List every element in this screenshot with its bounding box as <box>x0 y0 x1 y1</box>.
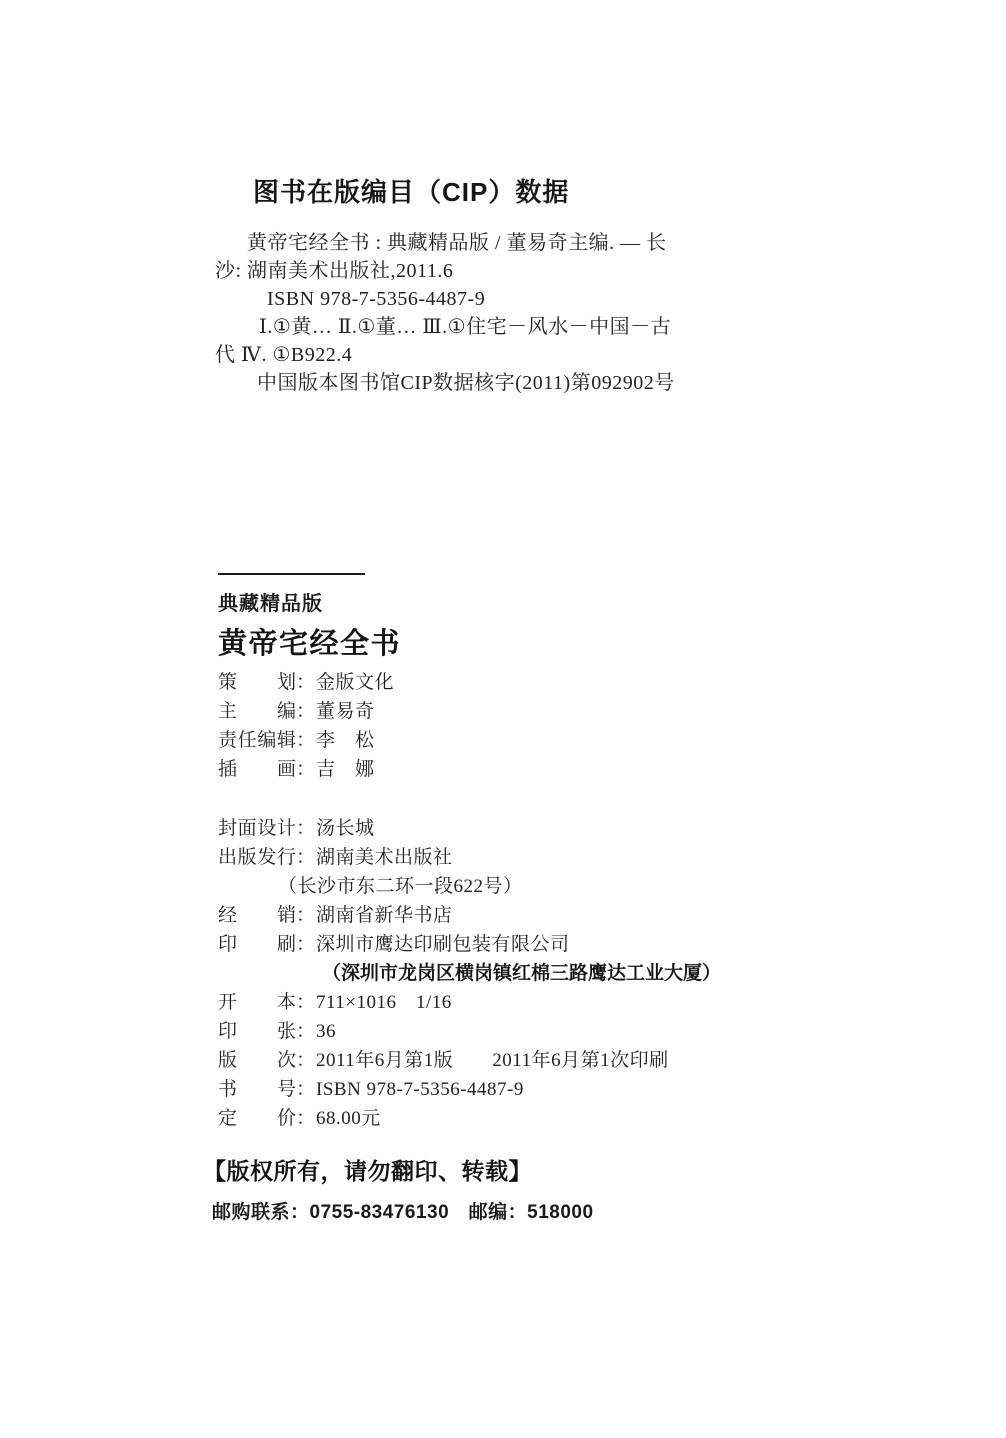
text-line: 黄帝宅经全书 : 典藏精品版 / 董易奇主编. — 长 <box>247 229 695 257</box>
row-label: 印刷 <box>218 930 296 959</box>
printer-address-note: （深圳市龙岗区横岗镇红棉三路鹰达工业大厦） <box>322 959 721 988</box>
row-label: 版次 <box>218 1046 296 1075</box>
book-title-block: 典藏精品版 黄帝宅经全书 <box>218 560 401 662</box>
row-label: 封面设计 <box>218 814 296 843</box>
row-colon: ： <box>296 930 316 959</box>
info-row: 经销：湖南省新华书店 <box>218 901 721 930</box>
row-colon: ： <box>296 901 316 930</box>
row-value: 金版文化 <box>316 672 394 693</box>
row-value: 吉 娜 <box>316 759 375 780</box>
row-colon: ： <box>296 988 316 1017</box>
row-value: ISBN 978-7-5356-4487-9 <box>316 1079 524 1100</box>
text-line: 代 Ⅳ. ①B922.4 <box>215 341 695 369</box>
info-row: 开本：711×1016 1/16 <box>218 988 721 1017</box>
row-label: 书号 <box>218 1075 296 1104</box>
info-row: 策划：金版文化 <box>218 668 394 697</box>
divider-rule <box>218 573 365 575</box>
row-label: 出版发行 <box>218 843 296 872</box>
row-label: 定价 <box>218 1104 296 1133</box>
row-value: 汤长城 <box>316 818 375 839</box>
text-line: （长沙市东二环一段622号） <box>278 872 721 901</box>
row-colon: ： <box>296 668 316 697</box>
row-colon: ： <box>296 755 316 784</box>
info-row: 插画：吉 娜 <box>218 755 394 784</box>
row-value: 2011年6月第1版 2011年6月第1次印刷 <box>316 1050 669 1071</box>
mail-order-contact: 邮购联系：0755-83476130 邮编：518000 <box>212 1197 594 1224</box>
row-value: 湖南省新华书店 <box>316 905 453 926</box>
row-label: 策划 <box>218 668 296 697</box>
row-value: 68.00元 <box>316 1108 381 1129</box>
row-colon: ： <box>296 814 316 843</box>
cip-section-title: 图书在版编目（CIP）数据 <box>253 172 569 209</box>
row-colon: ： <box>296 1017 316 1046</box>
book-title: 黄帝宅经全书 <box>218 621 401 662</box>
row-value: 董易奇 <box>316 701 375 722</box>
row-label: 主编 <box>218 697 296 726</box>
row-colon: ： <box>296 1075 316 1104</box>
row-value: 36 <box>316 1021 336 1042</box>
row-label: 印张 <box>218 1017 296 1046</box>
info-row: 主编：董易奇 <box>218 697 394 726</box>
info-row: 出版发行：湖南美术出版社 <box>218 843 721 872</box>
info-row: 版次：2011年6月第1版 2011年6月第1次印刷 <box>218 1046 721 1075</box>
info-row: 印刷：深圳市鹰达印刷包装有限公司 <box>218 930 721 959</box>
info-row: 印张：36 <box>218 1017 721 1046</box>
row-label: 经销 <box>218 901 296 930</box>
copyright-page: 图书在版编目（CIP）数据 黄帝宅经全书 : 典藏精品版 / 董易奇主编. — … <box>0 0 1006 1438</box>
row-colon: ： <box>296 697 316 726</box>
book-edition-label: 典藏精品版 <box>218 587 401 616</box>
cip-record-paragraph: 黄帝宅经全书 : 典藏精品版 / 董易奇主编. — 长沙: 湖南美术出版社,20… <box>215 229 695 397</box>
credits-list: 策划：金版文化主编：董易奇责任编辑：李 松插画：吉 娜 <box>218 668 394 784</box>
row-label: 责任编辑 <box>218 726 296 755</box>
copyright-notice: 【版权所有，请勿翻印、转载】 <box>203 1153 532 1186</box>
row-value: 711×1016 1/16 <box>316 992 452 1013</box>
row-label: 插画 <box>218 755 296 784</box>
row-value: 深圳市鹰达印刷包装有限公司 <box>316 934 570 955</box>
text-line: 中国版本图书馆CIP数据核字(2011)第092902号 <box>257 369 695 397</box>
text-line: ISBN 978-7-5356-4487-9 <box>267 285 695 313</box>
text-line: 沙: 湖南美术出版社,2011.6 <box>215 257 695 285</box>
info-row: 封面设计：汤长城 <box>218 814 721 843</box>
info-row: 书号：ISBN 978-7-5356-4487-9 <box>218 1075 721 1104</box>
row-value: 湖南美术出版社 <box>316 847 453 868</box>
info-row: 定价：68.00元 <box>218 1104 721 1133</box>
row-label: 开本 <box>218 988 296 1017</box>
row-value: 李 松 <box>316 730 375 751</box>
publication-info-list: 封面设计：汤长城出版发行：湖南美术出版社（长沙市东二环一段622号）经销：湖南省… <box>218 814 721 1133</box>
text-line: Ⅰ.①黄… Ⅱ.①董… Ⅲ.①住宅－风水－中国－古 <box>259 313 695 341</box>
row-colon: ： <box>296 1104 316 1133</box>
row-colon: ： <box>296 1046 316 1075</box>
row-colon: ： <box>296 843 316 872</box>
row-colon: ： <box>296 726 316 755</box>
info-row: 责任编辑：李 松 <box>218 726 394 755</box>
